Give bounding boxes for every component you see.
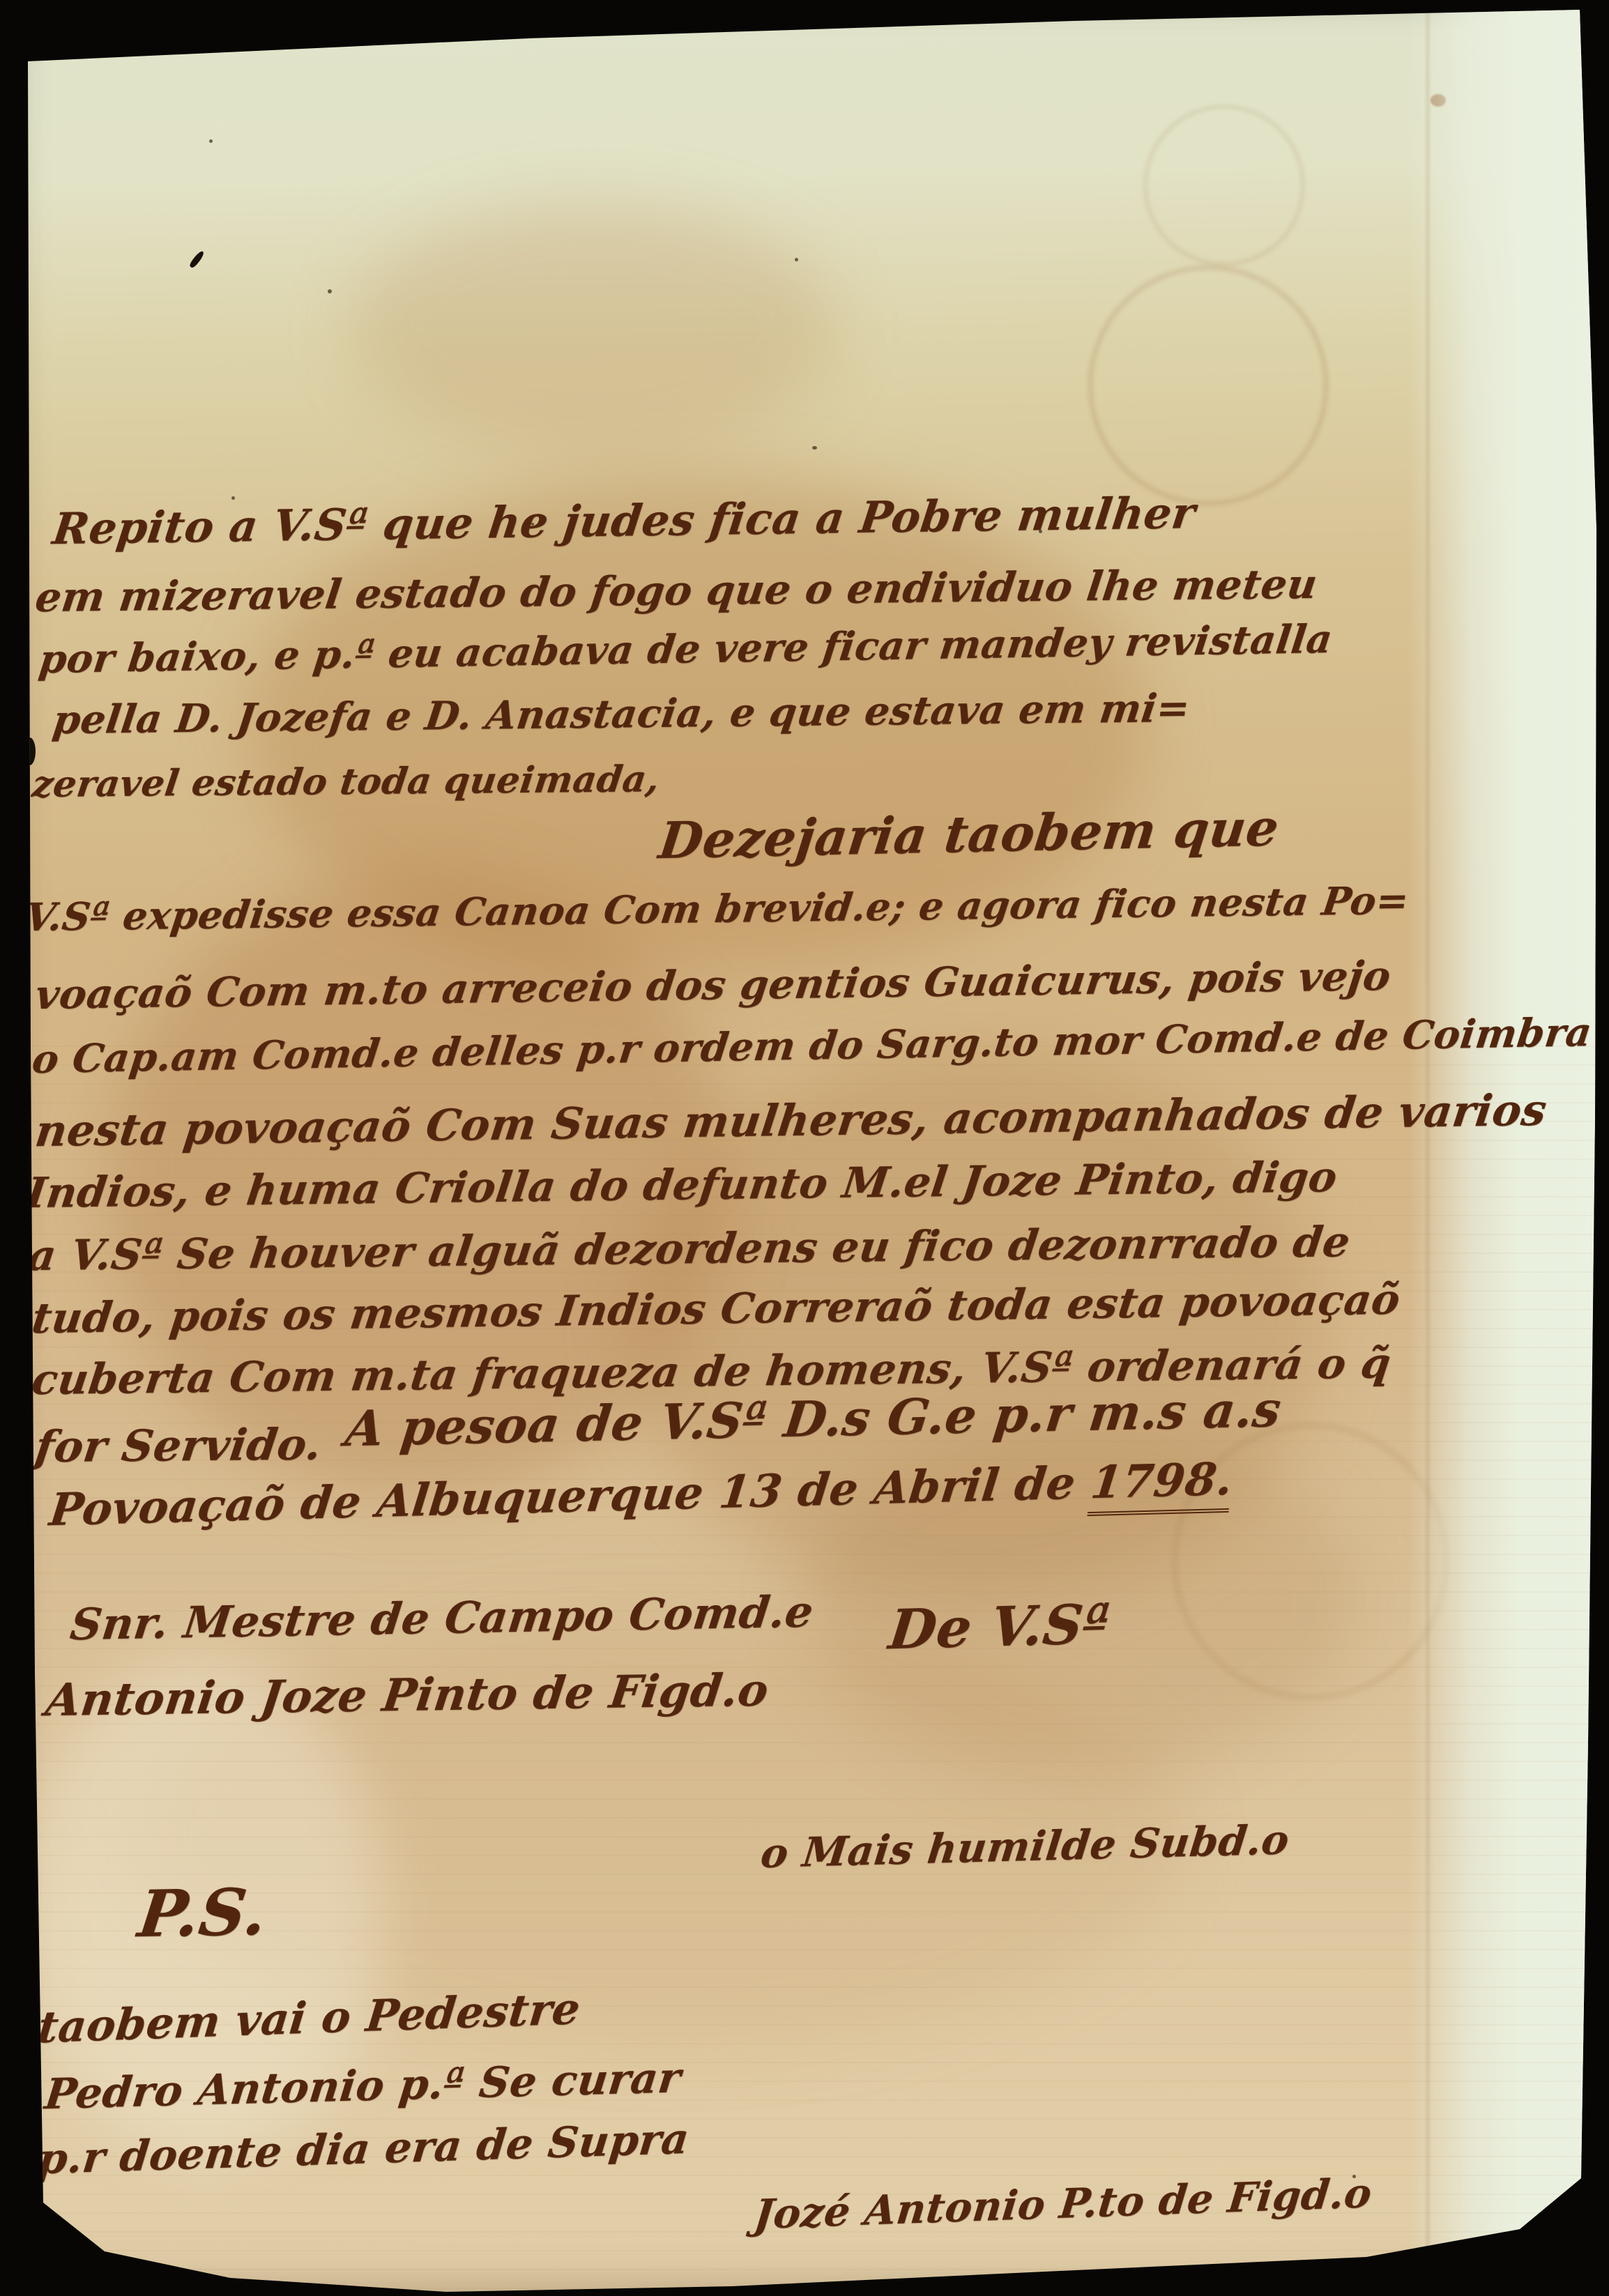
letter-line: V.Sª expedisse essa Canoa Com brevid.e; … bbox=[23, 881, 1411, 936]
letter-line: a V.Sª Se houver alguã dezordens eu fico… bbox=[26, 1221, 1352, 1277]
closing-de-vsa: De V.Sª bbox=[886, 1598, 1113, 1658]
paper-speck bbox=[812, 446, 817, 450]
photo-background: Repito a V.Sª que he judes fica a Pobre … bbox=[0, 0, 1609, 2296]
letter-line: em mizeravel estado do fogo que o endivi… bbox=[33, 564, 1320, 618]
ink-blot bbox=[188, 250, 205, 269]
letter-line: zeravel estado toda queimada, bbox=[30, 761, 662, 803]
paper-speck bbox=[328, 289, 332, 293]
ink-blot bbox=[24, 737, 36, 765]
letter-line: Repito a V.Sª que he judes fica a Pobre … bbox=[50, 491, 1198, 551]
dateline-year: 1798. bbox=[1088, 1453, 1236, 1517]
paper-speck bbox=[209, 139, 213, 143]
letter-line: por baixo, e p.ª eu acabava de vere fica… bbox=[37, 620, 1334, 679]
ring-stain bbox=[1088, 265, 1329, 506]
ring-stain bbox=[1143, 105, 1305, 266]
addressee-name: Antonio Joze Pinto de Figd.o bbox=[43, 1669, 771, 1724]
addressee-title: Snr. Mestre de Campo Comd.e bbox=[68, 1590, 816, 1646]
letter-paper: Repito a V.Sª que he judes fica a Pobre … bbox=[0, 0, 1609, 2296]
paper-stain bbox=[349, 202, 837, 453]
letter-line: Dezejaria taobem que bbox=[656, 802, 1281, 866]
paper-speck bbox=[795, 258, 798, 261]
postscript-label: P.S. bbox=[135, 1880, 270, 1946]
letter-line: pella D. Jozefa e D. Anastacia, e que es… bbox=[51, 689, 1193, 740]
letter-line: for Servido. bbox=[33, 1423, 324, 1469]
paper-speck bbox=[231, 496, 235, 500]
